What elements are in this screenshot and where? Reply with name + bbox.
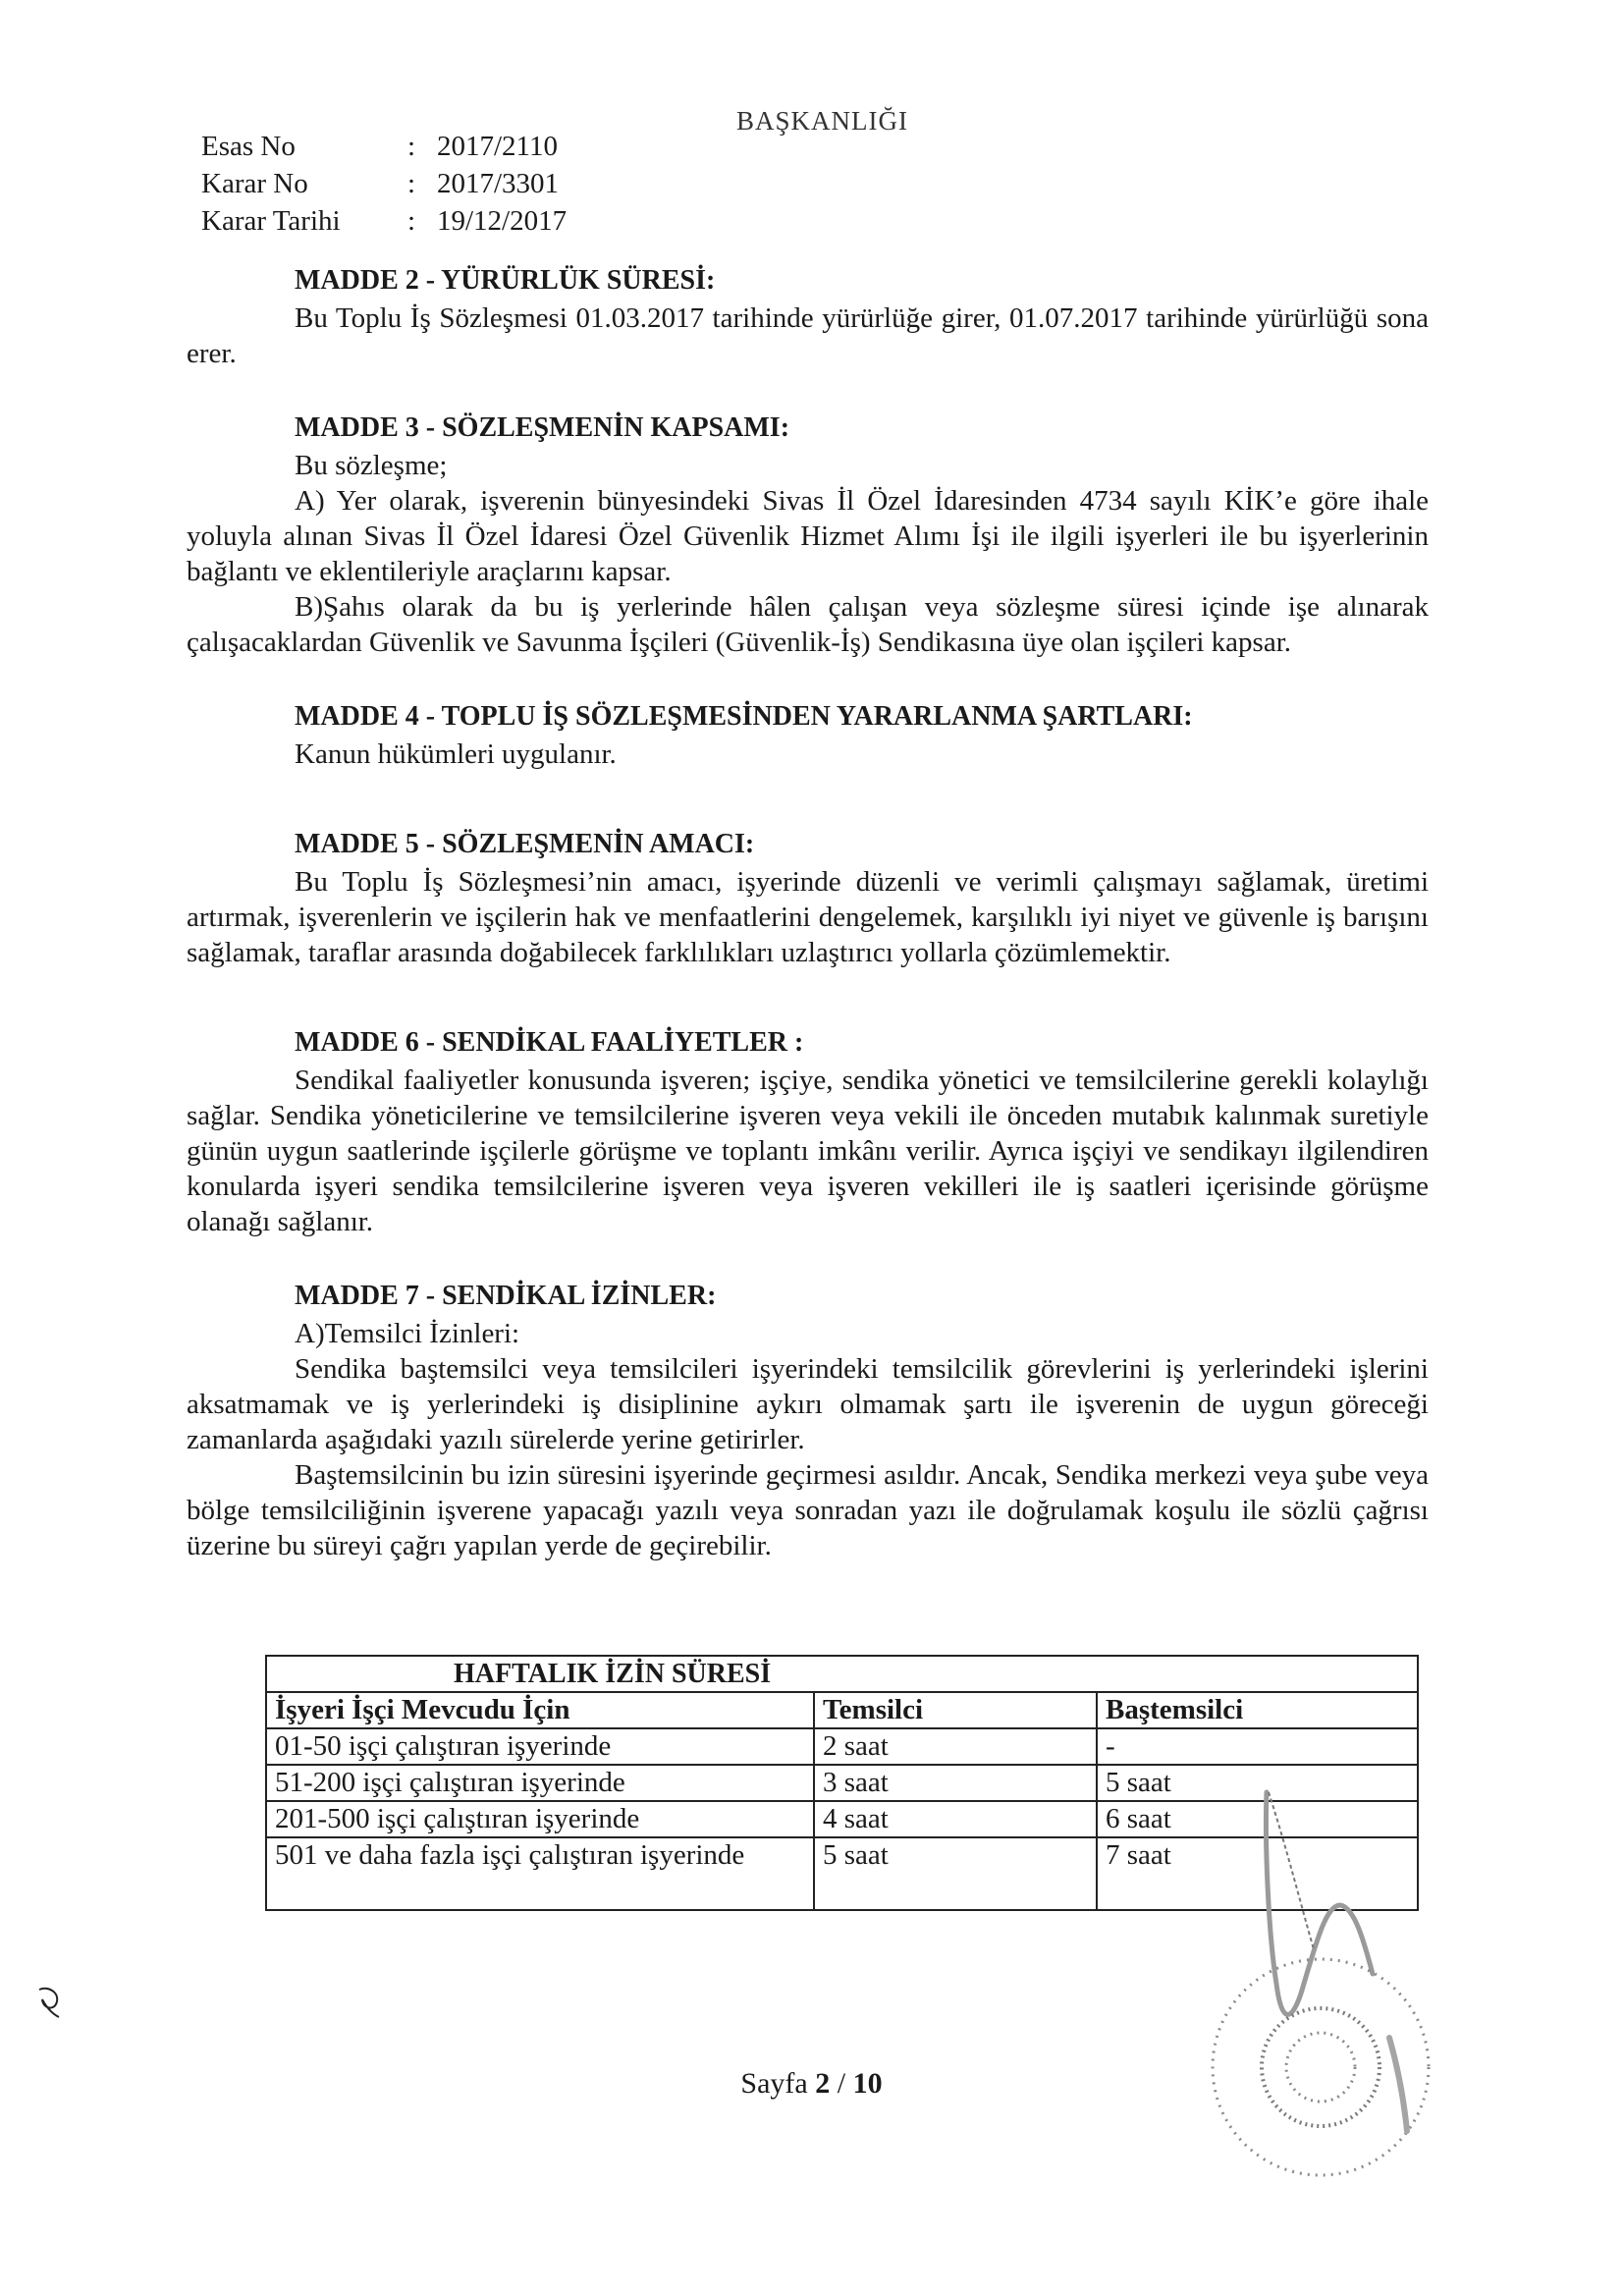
document-body: MADDE 2 - YÜRÜRLÜK SÜRESİ: Bu Toplu İş S… xyxy=(187,263,1429,1563)
table-cell: 3 saat xyxy=(814,1765,1097,1801)
article-heading: MADDE 2 - YÜRÜRLÜK SÜRESİ: xyxy=(187,263,1429,299)
meta-value: 2017/3301 xyxy=(437,165,559,202)
table-header-row: İşyeri İşçi Mevcudu İçin Temsilci Baştem… xyxy=(266,1692,1418,1728)
table-row: 501 ve daha fazla işçi çalıştıran işyeri… xyxy=(266,1837,1418,1910)
weekly-leave-table: HAFTALIK İZİN SÜRESİ İşyeri İşçi Mevcudu… xyxy=(265,1655,1419,1911)
article-paragraph: B)Şahıs olarak da bu iş yerlerinde hâlen… xyxy=(187,589,1429,660)
article-paragraph: Kanun hükümleri uygulanır. xyxy=(187,737,1429,772)
article-heading: MADDE 5 - SÖZLEŞMENİN AMACI: xyxy=(187,827,1429,862)
page-separator: / xyxy=(838,2067,845,2100)
table-cell: 5 saat xyxy=(814,1837,1097,1910)
article-7: MADDE 7 - SENDİKAL İZİNLER: A)Temsilci İ… xyxy=(187,1279,1429,1563)
meta-colon: : xyxy=(407,165,437,202)
meta-value: 2017/2110 xyxy=(437,128,558,165)
table-cell: 501 ve daha fazla işçi çalıştıran işyeri… xyxy=(266,1837,814,1910)
meta-label: Karar Tarihi xyxy=(201,202,407,240)
meta-row-karar-no: Karar No : 2017/3301 xyxy=(201,165,567,202)
meta-row-esas-no: Esas No : 2017/2110 xyxy=(201,128,567,165)
table-cell: 4 saat xyxy=(814,1801,1097,1837)
table-caption-row: HAFTALIK İZİN SÜRESİ xyxy=(266,1656,1418,1692)
article-paragraph: Bu sözleşme; xyxy=(187,448,1429,483)
margin-initial-icon xyxy=(37,1986,67,2020)
article-paragraph: Bu Toplu İş Sözleşmesi’nin amacı, işyeri… xyxy=(187,864,1429,970)
column-header-representative: Temsilci xyxy=(814,1692,1097,1728)
table-cell: 201-500 işçi çalıştıran işyerinde xyxy=(266,1801,814,1837)
table-cell: - xyxy=(1097,1728,1418,1765)
article-heading: MADDE 7 - SENDİKAL İZİNLER: xyxy=(187,1279,1429,1314)
document-page: BAŞKANLIĞI Esas No : 2017/2110 Karar No … xyxy=(0,0,1623,2296)
meta-colon: : xyxy=(407,128,437,165)
article-paragraph: Sendikal faaliyetler konusunda işveren; … xyxy=(187,1063,1429,1239)
article-heading: MADDE 3 - SÖZLEŞMENİN KAPSAMI: xyxy=(187,410,1429,446)
page-footer: Sayfa 2 / 10 xyxy=(0,2067,1623,2101)
article-2: MADDE 2 - YÜRÜRLÜK SÜRESİ: Bu Toplu İş S… xyxy=(187,263,1429,371)
table-row: 01-50 işçi çalıştıran işyerinde 2 saat - xyxy=(266,1728,1418,1765)
table-cell: 2 saat xyxy=(814,1728,1097,1765)
article-paragraph: Baştemsilcinin bu izin süresini işyerind… xyxy=(187,1457,1429,1563)
table-cell: 01-50 işçi çalıştıran işyerinde xyxy=(266,1728,814,1765)
table-row: 51-200 işçi çalıştıran işyerinde 3 saat … xyxy=(266,1765,1418,1801)
page-label: Sayfa xyxy=(740,2067,807,2100)
column-header-chief-representative: Baştemsilci xyxy=(1097,1692,1418,1728)
article-3: MADDE 3 - SÖZLEŞMENİN KAPSAMI: Bu sözleş… xyxy=(187,410,1429,660)
article-paragraph: Bu Toplu İş Sözleşmesi 01.03.2017 tarihi… xyxy=(187,301,1429,371)
article-heading: MADDE 6 - SENDİKAL FAALİYETLER : xyxy=(187,1025,1429,1061)
article-4: MADDE 4 - TOPLU İŞ SÖZLEŞMESİNDEN YARARL… xyxy=(187,699,1429,772)
article-6: MADDE 6 - SENDİKAL FAALİYETLER : Sendika… xyxy=(187,1025,1429,1239)
institution-header: BAŞKANLIĞI xyxy=(736,106,908,137)
article-paragraph: Sendika baştemsilci veya temsilcileri iş… xyxy=(187,1351,1429,1457)
meta-row-karar-tarihi: Karar Tarihi : 19/12/2017 xyxy=(201,202,567,240)
meta-label: Karar No xyxy=(201,165,407,202)
table-caption: HAFTALIK İZİN SÜRESİ xyxy=(266,1656,1418,1692)
article-paragraph: A) Yer olarak, işverenin bünyesindeki Si… xyxy=(187,483,1429,589)
table-cell: 51-200 işçi çalıştıran işyerinde xyxy=(266,1765,814,1801)
column-header-workforce: İşyeri İşçi Mevcudu İçin xyxy=(266,1692,814,1728)
current-page: 2 xyxy=(815,2067,830,2100)
total-pages: 10 xyxy=(853,2067,883,2100)
article-5: MADDE 5 - SÖZLEŞMENİN AMACI: Bu Toplu İş… xyxy=(187,827,1429,970)
meta-value: 19/12/2017 xyxy=(437,202,567,240)
article-paragraph: A)Temsilci İzinleri: xyxy=(187,1316,1429,1351)
meta-colon: : xyxy=(407,202,437,240)
article-heading: MADDE 4 - TOPLU İŞ SÖZLEŞMESİNDEN YARARL… xyxy=(187,699,1429,735)
case-metadata: Esas No : 2017/2110 Karar No : 2017/3301… xyxy=(201,128,567,240)
meta-label: Esas No xyxy=(201,128,407,165)
table-row: 201-500 işçi çalıştıran işyerinde 4 saat… xyxy=(266,1801,1418,1837)
